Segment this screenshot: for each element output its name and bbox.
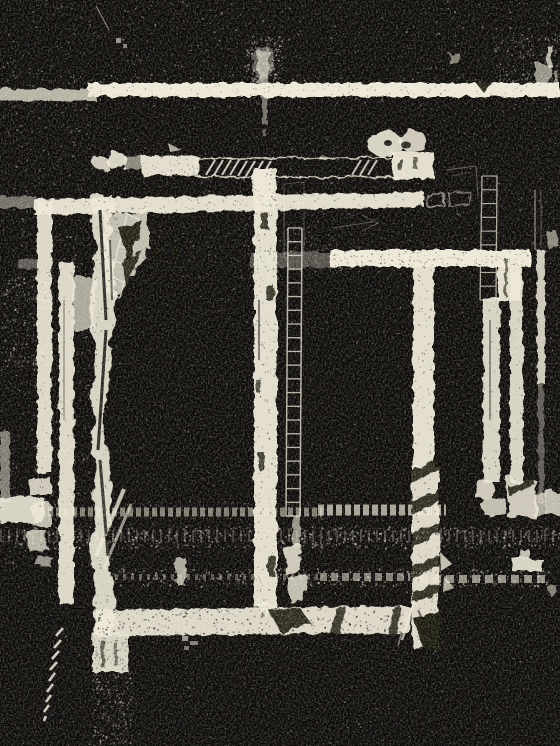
film-grain-overlay: [0, 0, 560, 746]
artwork: 2: [0, 0, 560, 746]
artwork-canvas: 2: [0, 0, 560, 746]
